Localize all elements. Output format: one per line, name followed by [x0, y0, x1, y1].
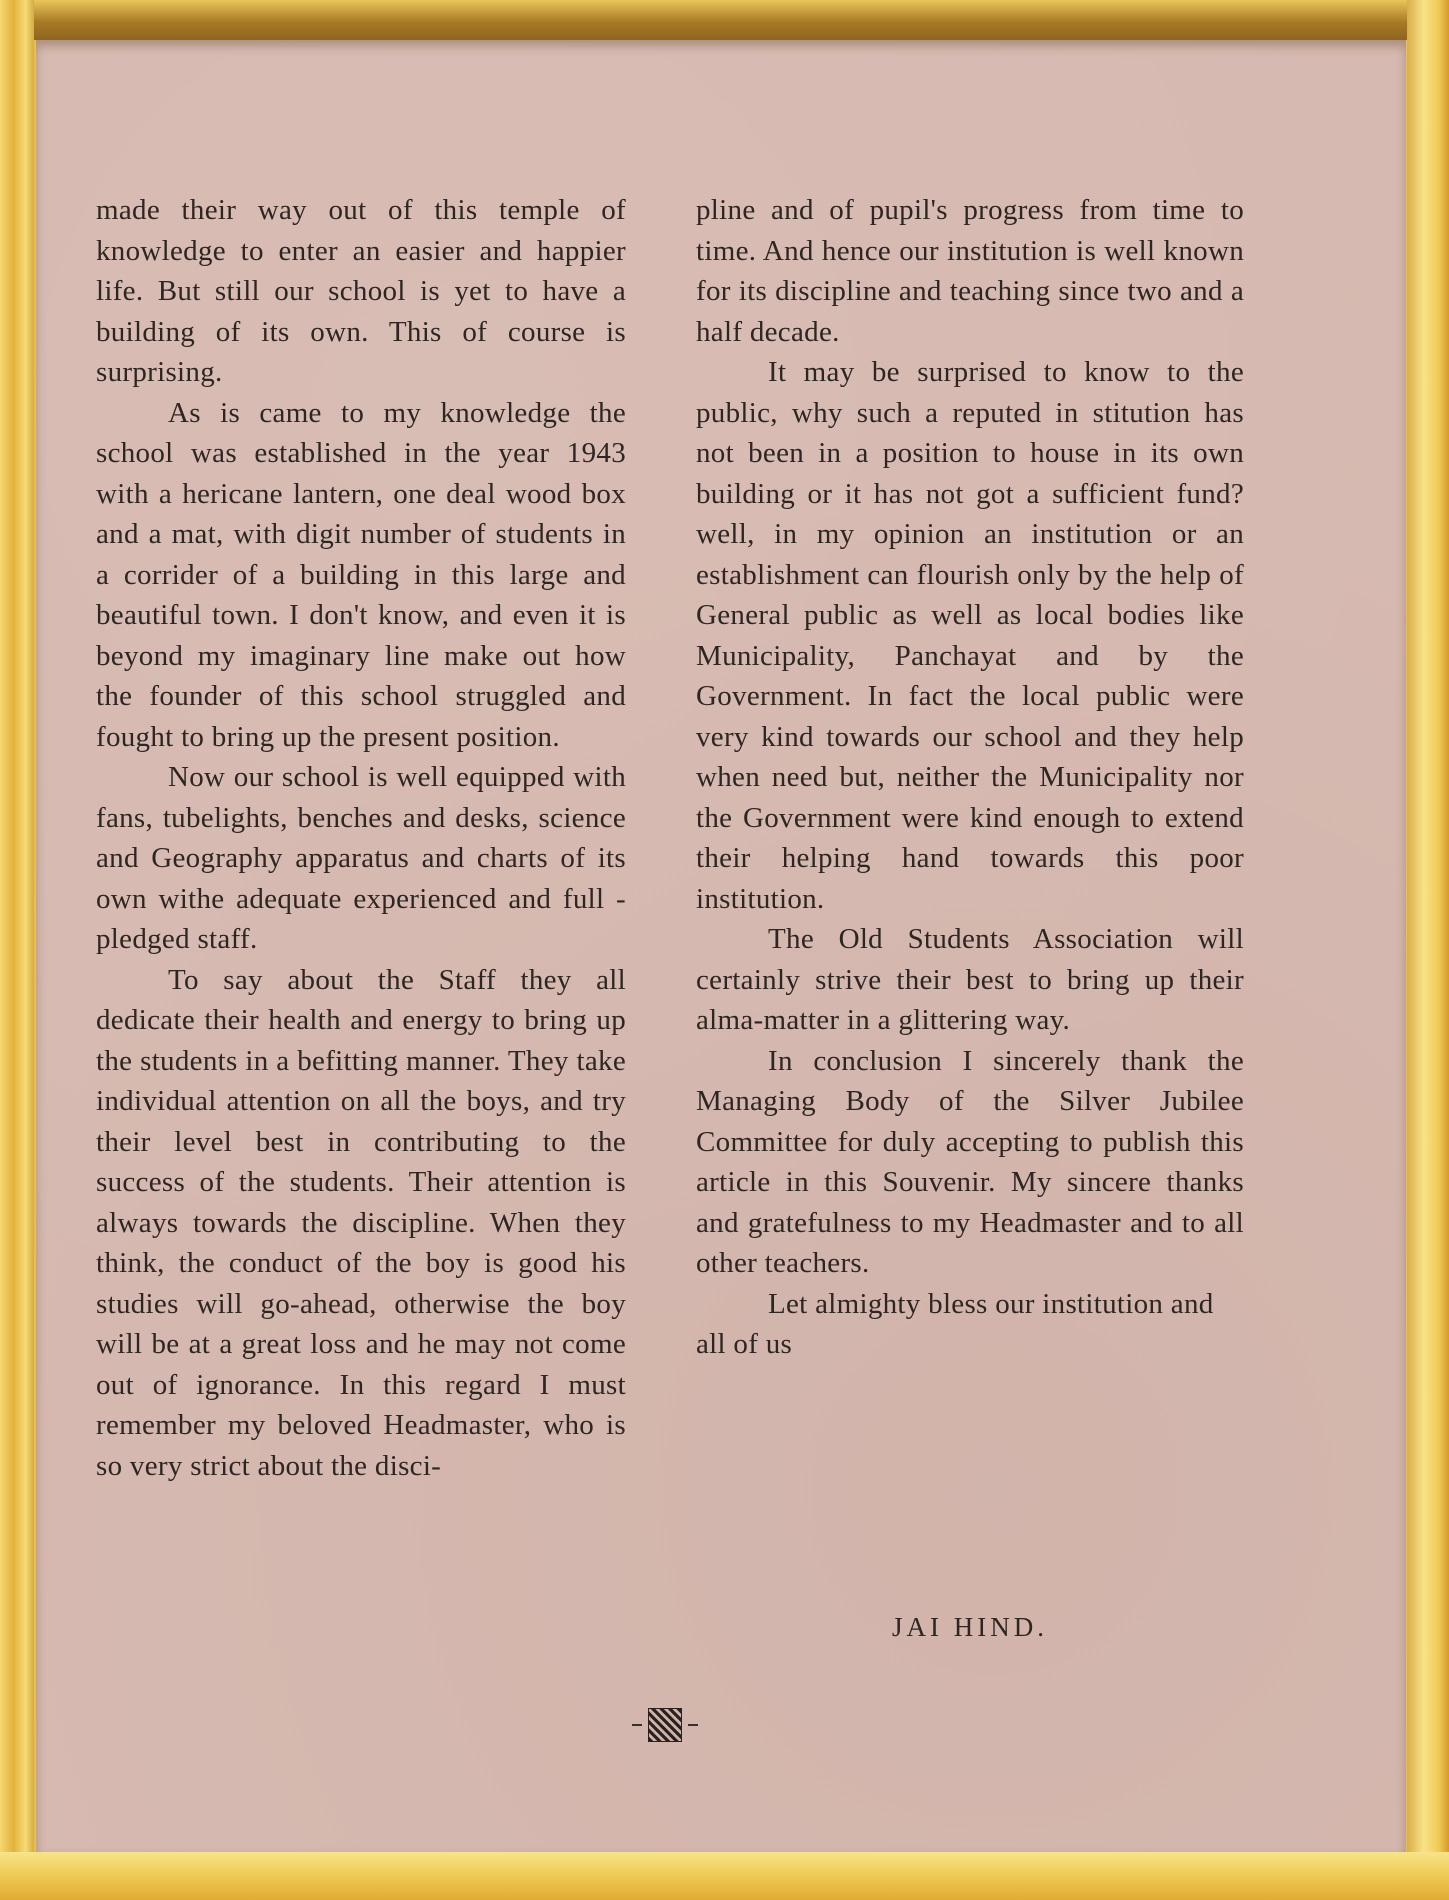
- dash-left: [632, 1724, 642, 1726]
- paragraph: In conclusion I sincerely thank the Mana…: [696, 1041, 1244, 1284]
- paragraph: pline and of pupil's progress from time …: [696, 190, 1244, 352]
- paragraph: The Old Students Association will certai…: [696, 919, 1244, 1041]
- paragraph: To say about the Staff they all dedicate…: [96, 960, 626, 1487]
- document-page: made their way out of this temple of kno…: [36, 40, 1406, 1852]
- paragraph: made their way out of this temple of kno…: [96, 190, 626, 393]
- ornamental-page-marker-icon: [648, 1708, 682, 1742]
- scanned-paper: made their way out of this temple of kno…: [36, 40, 1406, 1852]
- paragraph: As is came to my knowledge the school wa…: [96, 393, 626, 758]
- paragraph: Let almighty bless our institution and a…: [696, 1284, 1244, 1365]
- frame-left-edge: [0, 0, 34, 1900]
- paragraph: Now our school is well equipped with fan…: [96, 757, 626, 960]
- signoff: JAI HIND.: [696, 1612, 1244, 1643]
- paragraph: It may be surprised to know to the publi…: [696, 352, 1244, 919]
- dash-right: [688, 1724, 698, 1726]
- frame-bottom-edge: [0, 1852, 1449, 1900]
- frame-right-edge: [1407, 0, 1449, 1900]
- right-column: pline and of pupil's progress from time …: [696, 190, 1244, 1365]
- page-ornament: [632, 1708, 698, 1742]
- left-column: made their way out of this temple of kno…: [96, 190, 626, 1486]
- picture-frame: made their way out of this temple of kno…: [0, 0, 1449, 1900]
- frame-top-edge: [0, 0, 1449, 40]
